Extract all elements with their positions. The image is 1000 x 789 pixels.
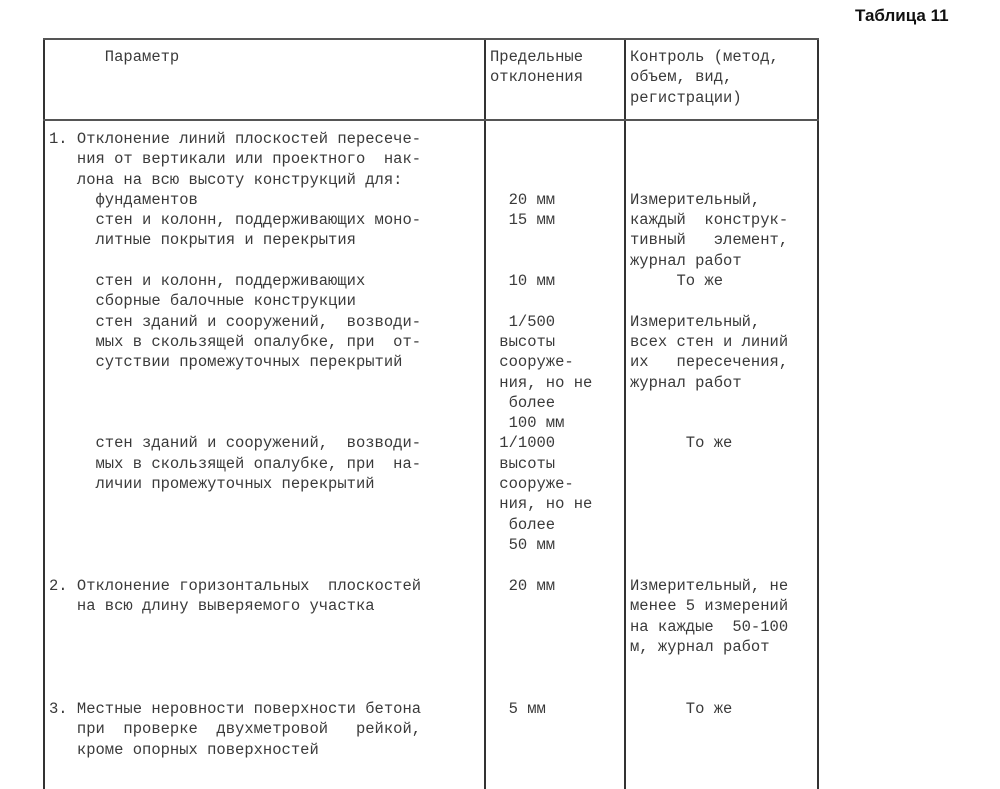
row-3-tolerance: 5 мм	[490, 699, 625, 719]
table-border-right	[817, 38, 819, 789]
text-line: стен и колонн, поддерживающих	[49, 271, 485, 291]
text-line: 20 мм	[490, 576, 625, 596]
text-line: журнал работ	[630, 251, 815, 271]
text-line	[490, 230, 625, 250]
text-line: Параметр	[49, 47, 485, 67]
text-line	[490, 149, 625, 169]
table-caption: Таблица 11	[855, 6, 949, 26]
text-line: ния от вертикали или проектного нак-	[49, 149, 485, 169]
text-line	[490, 129, 625, 149]
text-line: Измерительный, не	[630, 576, 815, 596]
text-line: их пересечения,	[630, 352, 815, 372]
text-line: Контроль (метод,	[630, 47, 815, 67]
text-line: более	[490, 515, 625, 535]
header-divider	[43, 119, 819, 121]
text-line	[49, 373, 485, 393]
text-line	[49, 251, 485, 271]
row-3-control: То же	[630, 699, 815, 719]
text-line	[49, 393, 485, 413]
text-line	[490, 291, 625, 311]
text-line: кроме опорных поверхностей	[49, 740, 485, 760]
text-line	[630, 413, 815, 433]
text-line: сооруже-	[490, 352, 625, 372]
text-line: Измерительный,	[630, 312, 815, 332]
text-line: м, журнал работ	[630, 637, 815, 657]
row-1-parameter: 1. Отклонение линий плоскостей пересече-…	[49, 129, 485, 494]
header-parameter: Параметр	[49, 47, 485, 67]
text-line: ния, но не	[490, 373, 625, 393]
text-line: менее 5 измерений	[630, 596, 815, 616]
row-2-control: Измерительный, неменее 5 измеренийна каж…	[630, 576, 815, 657]
text-line: сутствии промежуточных перекрытий	[49, 352, 485, 372]
text-line: 50 мм	[490, 535, 625, 555]
text-line: 100 мм	[490, 413, 625, 433]
text-line: мых в скользящей опалубке, при на-	[49, 454, 485, 474]
text-line: журнал работ	[630, 373, 815, 393]
text-line	[630, 291, 815, 311]
text-line	[630, 129, 815, 149]
text-line: при проверке двухметровой рейкой,	[49, 719, 485, 739]
text-line: 1. Отклонение линий плоскостей пересече-	[49, 129, 485, 149]
text-line: личии промежуточных перекрытий	[49, 474, 485, 494]
text-line: 1/500	[490, 312, 625, 332]
text-line	[49, 413, 485, 433]
text-line: стен зданий и сооружений, возводи-	[49, 312, 485, 332]
row-3-parameter: 3. Местные неровности поверхности бетона…	[49, 699, 485, 760]
text-line: То же	[630, 433, 815, 453]
text-line: 3. Местные неровности поверхности бетона	[49, 699, 485, 719]
text-line	[630, 170, 815, 190]
text-line: сооруже-	[490, 474, 625, 494]
text-line: регистрации)	[630, 88, 815, 108]
text-line: лона на всю высоту конструкций для:	[49, 170, 485, 190]
header-tolerance: Предельныеотклонения	[490, 47, 625, 88]
row-1-tolerance: 20 мм 15 мм 10 мм 1/500 высоты сооруже- …	[490, 129, 625, 555]
text-line: То же	[630, 271, 815, 291]
text-line: всех стен и линий	[630, 332, 815, 352]
text-line: отклонения	[490, 67, 625, 87]
text-line: стен и колонн, поддерживающих моно-	[49, 210, 485, 230]
text-line: мых в скользящей опалубке, при от-	[49, 332, 485, 352]
text-line: 1/1000	[490, 433, 625, 453]
text-line: 5 мм	[490, 699, 625, 719]
text-line: стен зданий и сооружений, возводи-	[49, 433, 485, 453]
text-line: высоты	[490, 332, 625, 352]
text-line: То же	[630, 699, 815, 719]
text-line: литные покрытия и перекрытия	[49, 230, 485, 250]
text-line: тивный элемент,	[630, 230, 815, 250]
row-2-tolerance: 20 мм	[490, 576, 625, 596]
text-line: более	[490, 393, 625, 413]
text-line: высоты	[490, 454, 625, 474]
text-line: 20 мм	[490, 190, 625, 210]
table-border-left	[43, 38, 45, 789]
text-line: Предельные	[490, 47, 625, 67]
text-line	[490, 251, 625, 271]
text-line: ния, но не	[490, 494, 625, 514]
text-line: 2. Отклонение горизонтальных плоскостей	[49, 576, 485, 596]
text-line: 10 мм	[490, 271, 625, 291]
text-line: каждый конструк-	[630, 210, 815, 230]
text-line: объем, вид,	[630, 67, 815, 87]
text-line	[630, 149, 815, 169]
text-line: Измерительный,	[630, 190, 815, 210]
text-line: сборные балочные конструкции	[49, 291, 485, 311]
text-line	[490, 170, 625, 190]
row-2-parameter: 2. Отклонение горизонтальных плоскостей …	[49, 576, 485, 617]
text-line	[630, 393, 815, 413]
text-line: на каждые 50-100	[630, 617, 815, 637]
header-control: Контроль (метод,объем, вид,регистрации)	[630, 47, 815, 108]
tolerances-table: Параметр Предельныеотклонения Контроль (…	[43, 38, 819, 789]
text-line: фундаментов	[49, 190, 485, 210]
text-line: 15 мм	[490, 210, 625, 230]
table-border-top	[43, 38, 819, 40]
text-line: на всю длину выверяемого участка	[49, 596, 485, 616]
row-1-control: Измерительный,каждый конструк-тивный эле…	[630, 129, 815, 454]
